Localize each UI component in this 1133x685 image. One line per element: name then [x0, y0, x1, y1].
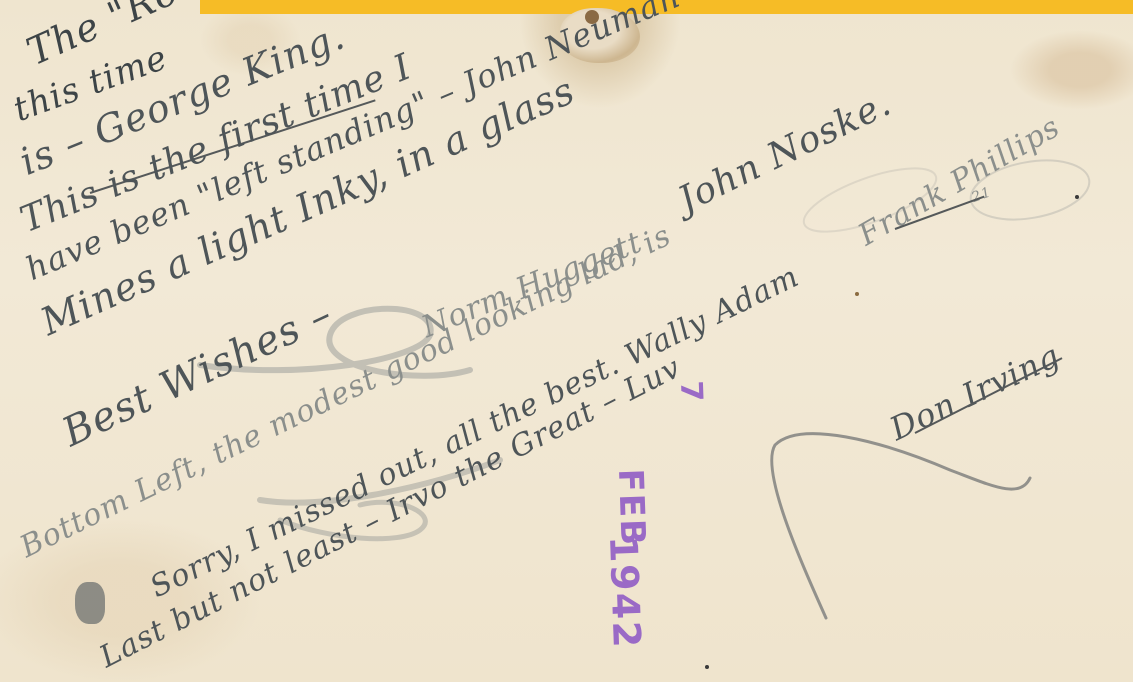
paper-fleck — [705, 665, 709, 669]
paper-fleck — [855, 292, 859, 296]
postmark-year: 1942 — [601, 535, 649, 650]
ink-smudge — [75, 582, 105, 624]
postcard-back: The "Rose" this time is – George King. T… — [0, 0, 1133, 682]
paper-fleck — [1075, 195, 1079, 199]
postmark-day: 7 — [673, 380, 709, 404]
